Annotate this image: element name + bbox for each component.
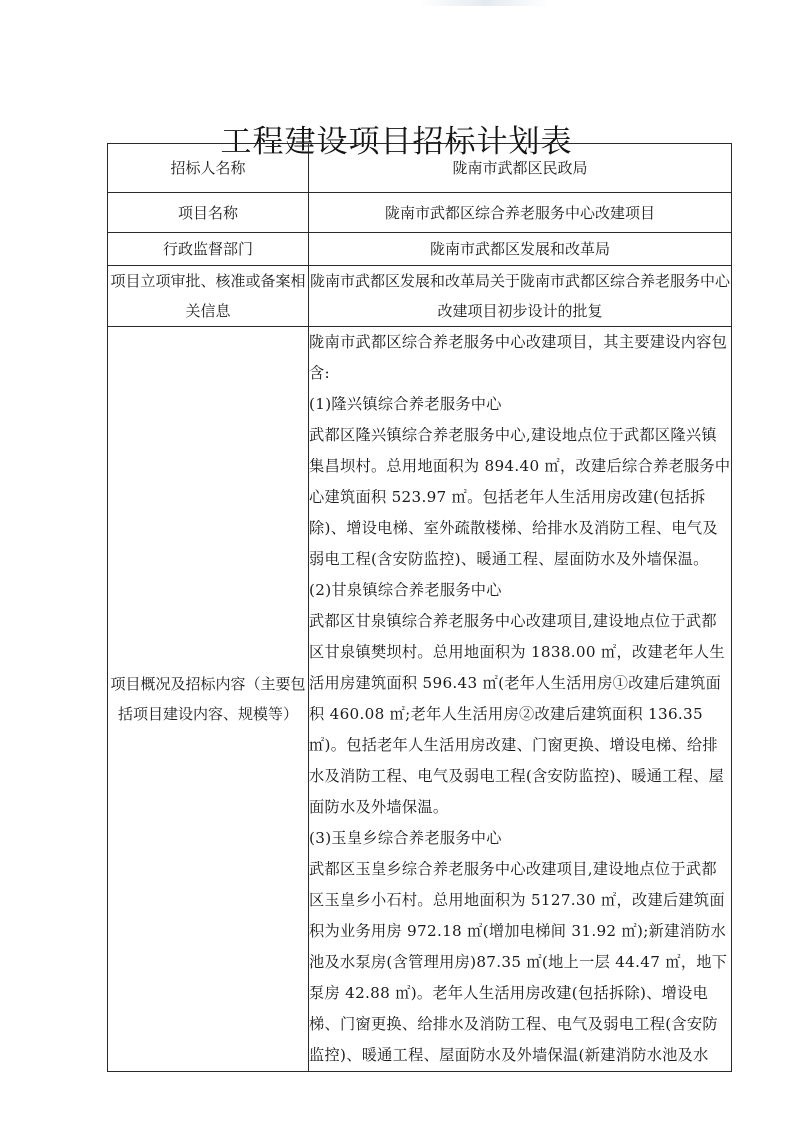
- section-text: 武都区隆兴镇综合养老服务中心,建设地点位于武都区隆兴镇集昌坝村。总用地面积为 8…: [309, 420, 731, 575]
- table-row-project-overview: 项目概况及招标内容（主要包括项目建设内容、规模等） 陇南市武都区综合养老服务中心…: [108, 327, 732, 1072]
- tender-plan-table: 招标人名称 陇南市武都区民政局 项目名称 陇南市武都区综合养老服务中心改建项目 …: [107, 143, 732, 1072]
- row-label: 项目立项审批、核准或备案相关信息: [108, 266, 309, 327]
- section-heading: (3)玉皇乡综合养老服务中心: [309, 823, 731, 854]
- table-row-supervisor: 行政监督部门 陇南市武都区发展和改革局: [108, 233, 732, 266]
- table-row-approval-info: 项目立项审批、核准或备案相关信息 陇南市武都区发展和改革局关于陇南市武都区综合养…: [108, 266, 732, 327]
- table-row-project-name: 项目名称 陇南市武都区综合养老服务中心改建项目: [108, 193, 732, 233]
- section-heading: (1)隆兴镇综合养老服务中心: [309, 389, 731, 420]
- table-row-tenderer: 招标人名称 陇南市武都区民政局: [108, 144, 732, 193]
- row-label: 项目概况及招标内容（主要包括项目建设内容、规模等）: [108, 327, 309, 1072]
- row-value: 陇南市武都区发展和改革局: [309, 233, 732, 266]
- row-value: 陇南市武都区民政局: [309, 144, 732, 193]
- row-label: 项目名称: [108, 193, 309, 233]
- overview-intro: 陇南市武都区综合养老服务中心改建项目，其主要建设内容包含:: [309, 327, 731, 389]
- row-label: 行政监督部门: [108, 233, 309, 266]
- section-text: 武都区玉皇乡综合养老服务中心改建项目,建设地点位于武都区玉皇乡小石村。总用地面积…: [309, 854, 731, 1071]
- section-heading: (2)甘泉镇综合养老服务中心: [309, 575, 731, 606]
- row-value: 陇南市武都区综合养老服务中心改建项目: [309, 193, 732, 233]
- scan-artifact: [420, 0, 550, 6]
- project-overview-content: 陇南市武都区综合养老服务中心改建项目，其主要建设内容包含: (1)隆兴镇综合养老…: [309, 327, 732, 1072]
- section-text: 武都区甘泉镇综合养老服务中心改建项目,建设地点位于武都区甘泉镇樊坝村。总用地面积…: [309, 606, 731, 823]
- row-label: 招标人名称: [108, 144, 309, 193]
- row-value: 陇南市武都区发展和改革局关于陇南市武都区综合养老服务中心改建项目初步设计的批复: [309, 266, 732, 327]
